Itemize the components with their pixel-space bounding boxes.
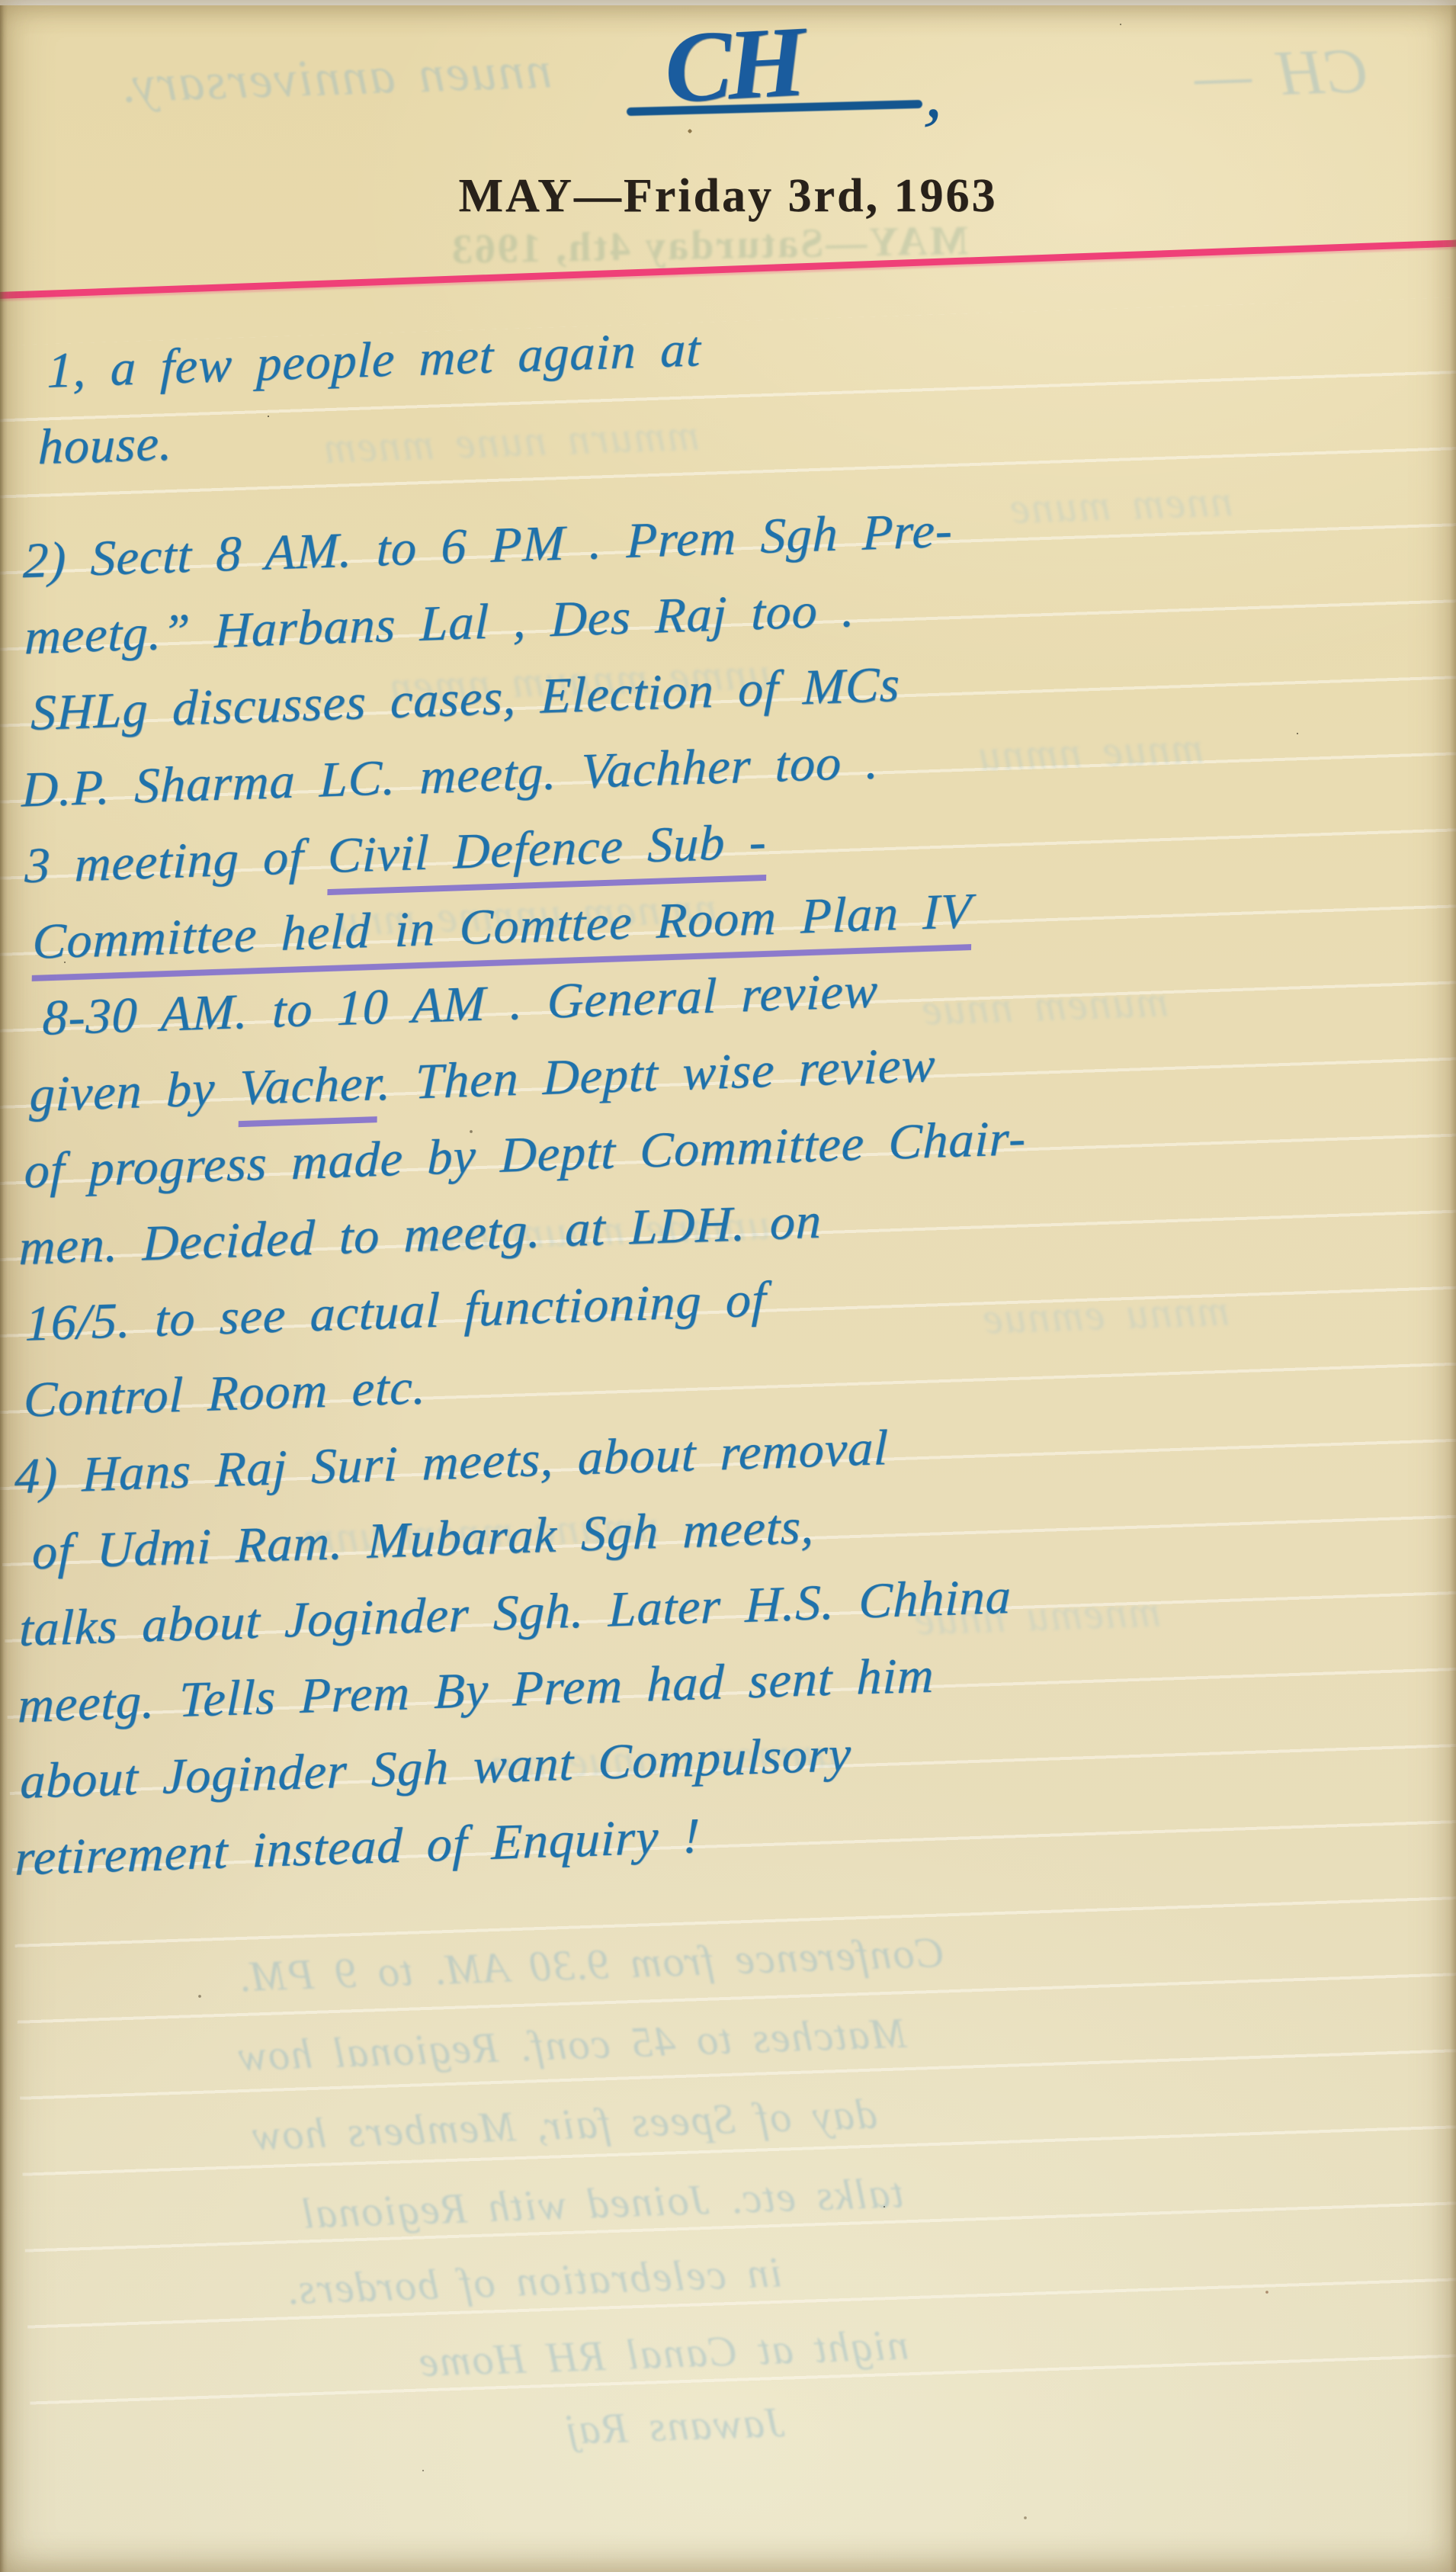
handwritten-text: 3 meeting of bbox=[24, 828, 329, 894]
handwritten-lines: 1, a few people met again athouse.2) Sec… bbox=[0, 287, 1438, 1897]
handwritten-text: 16/5. to see actual functioning of bbox=[24, 1271, 767, 1351]
handwritten-text: house. bbox=[37, 415, 173, 475]
ink-bleedthrough-fragment: Jawans Raj bbox=[502, 2396, 847, 2457]
scanner-edge-strip bbox=[0, 0, 1456, 5]
handwritten-text: Control Room etc. bbox=[23, 1359, 426, 1428]
ink-bleedthrough-fragment: CH — bbox=[1142, 32, 1419, 116]
scanned-diary-screenshot: { "page": { "code_handwritten": "CH", "f… bbox=[0, 0, 1456, 2572]
ink-bleedthrough-fragment: day of Spees fair, Members how bbox=[106, 2085, 1022, 2166]
ink-bleedthrough-fragment: Matches to 45 conf. Regional how bbox=[114, 2005, 1030, 2086]
ink-bleedthrough-fragment: Conference from 9.30 AM. to 9 PM. bbox=[152, 1925, 1030, 2005]
handwritten-text: retirement instead of Enquiry ! bbox=[14, 1808, 701, 1886]
handwritten-text: of Udmi Ram. Mubarak Sgh meets, bbox=[32, 1498, 816, 1580]
purple-underlined-text: Vacher bbox=[239, 1055, 379, 1127]
diary-page: nnuen anniversary.CH —mmurn nune mnemnne… bbox=[0, 0, 1456, 2572]
ink-bleedthrough-fragment: talks etc. Joined with Regional bbox=[182, 2165, 1022, 2243]
printed-date-header: MAY—Friday 3rd, 1963 bbox=[0, 169, 1456, 223]
ink-bleedthrough-fragment: nnuen anniversary. bbox=[37, 37, 633, 117]
page-edge-right bbox=[1450, 0, 1456, 2572]
handwritten-text: . Then Deptt wise review bbox=[377, 1037, 936, 1111]
binding-edge-shadow bbox=[0, 0, 8, 2572]
ink-bleedthrough-fragment: in celebration of borders. bbox=[228, 2246, 839, 2317]
handwritten-text: given by bbox=[29, 1060, 239, 1122]
ink-bleedthrough-fragment: night at Canal RH Home bbox=[396, 2320, 931, 2387]
handwritten-text: 1, a few people met again at bbox=[47, 321, 701, 399]
